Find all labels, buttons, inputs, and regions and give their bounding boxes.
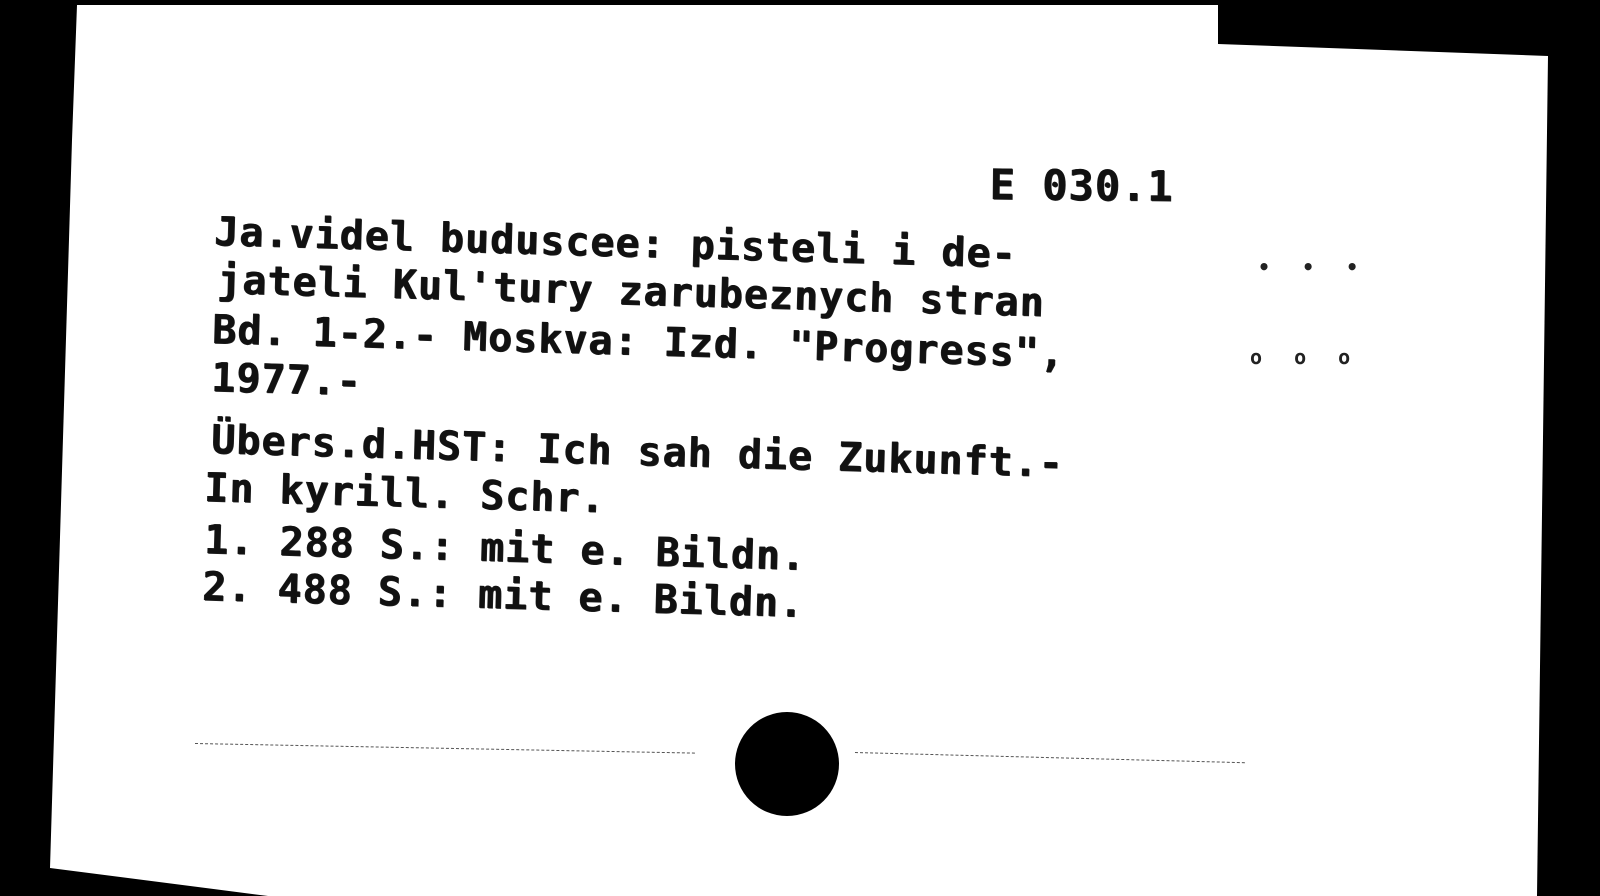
- faint-rule-left: [195, 743, 695, 754]
- faint-rule-right: [855, 752, 1245, 763]
- margin-dots-mark: • • •: [1258, 255, 1368, 279]
- margin-circles-mark: o o o: [1250, 345, 1360, 369]
- call-number: E 030.1: [989, 160, 1174, 211]
- script-note-line: In kyrill. Schr.: [204, 468, 606, 519]
- scanned-catalog-card-image: E 030.1 Ja.videl buduscee: pisteli i de-…: [0, 0, 1600, 896]
- year-line: 1977.-: [211, 358, 363, 402]
- punch-hole: [735, 712, 839, 816]
